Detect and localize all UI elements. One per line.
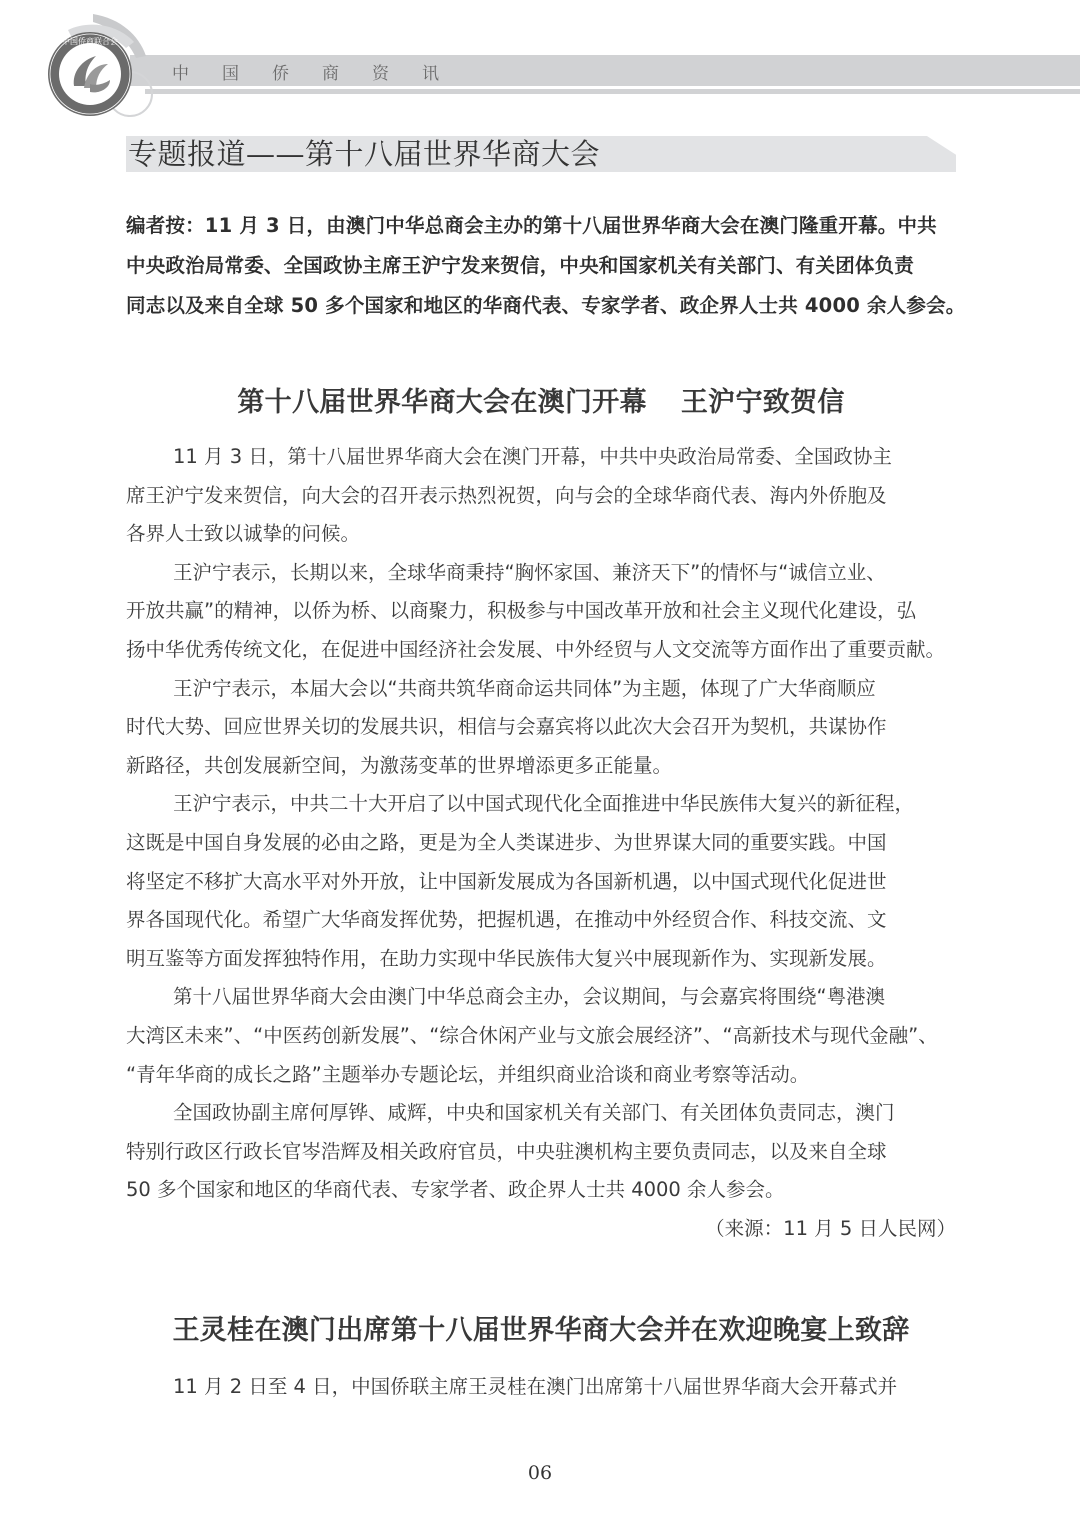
paragraph-line: 新路径，共创发展新空间，为激荡变革的世界增添更多正能量。 bbox=[126, 747, 956, 786]
paragraph-line: 开放共赢”的精神，以侨为桥、以商聚力，积极参与中国改革开放和社会主义现代化建设，… bbox=[126, 592, 956, 631]
paragraph-line: 王沪宁表示，中共二十大开启了以中国式现代化全面推进中华民族伟大复兴的新征程， bbox=[126, 785, 956, 824]
title-char: 讯 bbox=[422, 59, 472, 84]
paragraph-line: 11 月 3 日，第十八届世界华商大会在澳门开幕，中共中央政治局常委、全国政协主 bbox=[126, 438, 956, 477]
editor-note-line: 编者按：11 月 3 日，由澳门中华总商会主办的第十八届世界华商大会在澳门隆重开… bbox=[126, 206, 958, 246]
article-title-main: 第十八届世界华商大会在澳门开幕 bbox=[237, 387, 647, 418]
page-number: 06 bbox=[0, 1462, 1080, 1484]
paragraph-line: 全国政协副主席何厚铧、咸辉，中央和国家机关有关部门、有关团体负责同志，澳门 bbox=[126, 1094, 956, 1133]
paragraph-line: “青年华商的成长之路”主题举办专题论坛，并组织商业洽谈和商业考察等活动。 bbox=[126, 1056, 956, 1095]
paragraph-line: 第十八届世界华商大会由澳门中华总商会主办，会议期间，与会嘉宾将围绕“粤港澳 bbox=[126, 978, 956, 1017]
article-title-sub: 王沪宁致贺信 bbox=[681, 387, 845, 418]
paragraph-line: 50 多个国家和地区的华商代表、专家学者、政企界人士共 4000 余人参会。 bbox=[126, 1171, 956, 1210]
article-body: 11 月 3 日，第十八届世界华商大会在澳门开幕，中共中央政治局常委、全国政协主… bbox=[126, 438, 956, 1248]
paragraph-line: 将坚定不移扩大高水平对外开放，让中国新发展成为各国新机遇，以中国式现代化促进世 bbox=[126, 863, 956, 902]
article-body: 11 月 2 日至 4 日，中国侨联主席王灵桂在澳门出席第十八届世界华商大会开幕… bbox=[126, 1368, 956, 1407]
editor-note: 编者按：11 月 3 日，由澳门中华总商会主办的第十八届世界华商大会在澳门隆重开… bbox=[126, 206, 958, 326]
paragraph-line: 11 月 2 日至 4 日，中国侨联主席王灵桂在澳门出席第十八届世界华商大会开幕… bbox=[126, 1368, 956, 1407]
paragraph-line: 各界人士致以诚挚的问候。 bbox=[126, 515, 956, 554]
paragraph-line: 特别行政区行政长官岑浩辉及相关政府官员，中央驻澳机构主要负责同志，以及来自全球 bbox=[126, 1133, 956, 1172]
section-title: 专题报道——第十八届世界华商大会 bbox=[128, 134, 600, 174]
paragraph-line: 大湾区未来”、“中医药创新发展”、“综合休闲产业与文旅会展经济”、“高新技术与现… bbox=[126, 1017, 956, 1056]
paragraph-line: 王沪宁表示，本届大会以“共商共筑华商命运共同体”为主题，体现了广大华商顺应 bbox=[126, 670, 956, 709]
title-char: 资 bbox=[372, 59, 422, 84]
article-title: 王灵桂在澳门出席第十八届世界华商大会并在欢迎晚宴上致辞 bbox=[126, 1308, 956, 1347]
article-title: 第十八届世界华商大会在澳门开幕王沪宁致贺信 bbox=[126, 380, 956, 419]
federation-logo-icon: 中国侨商联合会 bbox=[38, 8, 158, 120]
paragraph-line: 时代大势、回应世界关切的发展共识，相信与会嘉宾将以此次大会召开为契机，共谋协作 bbox=[126, 708, 956, 747]
title-char: 侨 bbox=[272, 59, 322, 84]
article-source: （来源：11 月 5 日人民网） bbox=[126, 1210, 956, 1249]
paragraph-line: 扬中华优秀传统文化，在促进中国经济社会发展、中外经贸与人文交流等方面作出了重要贡… bbox=[126, 631, 956, 670]
title-char: 国 bbox=[222, 59, 272, 84]
editor-note-line: 同志以及来自全球 50 多个国家和地区的华商代表、专家学者、政企界人士共 400… bbox=[126, 286, 958, 326]
header-rule bbox=[145, 89, 1080, 94]
editor-note-line: 中央政治局常委、全国政协主席王沪宁发来贺信，中央和国家机关有关部门、有关团体负责 bbox=[126, 246, 958, 286]
paragraph-line: 界各国现代化。希望广大华商发挥优势，把握机遇，在推动中外经贸合作、科技交流、文 bbox=[126, 901, 956, 940]
paragraph-line: 席王沪宁发来贺信，向大会的召开表示热烈祝贺，向与会的全球华商代表、海内外侨胞及 bbox=[126, 477, 956, 516]
title-char: 中 bbox=[172, 59, 222, 84]
paragraph-line: 王沪宁表示，长期以来，全球华商秉持“胸怀家国、兼济天下”的情怀与“诚信立业、 bbox=[126, 554, 956, 593]
publication-title: 中 国 侨 商 资 讯 bbox=[172, 58, 472, 84]
paragraph-line: 这既是中国自身发展的必由之路，更是为全人类谋进步、为世界谋大同的重要实践。中国 bbox=[126, 824, 956, 863]
svg-text:中国侨商联合会: 中国侨商联合会 bbox=[62, 36, 118, 46]
paragraph-line: 明互鉴等方面发挥独特作用，在助力实现中华民族伟大复兴中展现新作为、实现新发展。 bbox=[126, 940, 956, 979]
title-char: 商 bbox=[322, 59, 372, 84]
